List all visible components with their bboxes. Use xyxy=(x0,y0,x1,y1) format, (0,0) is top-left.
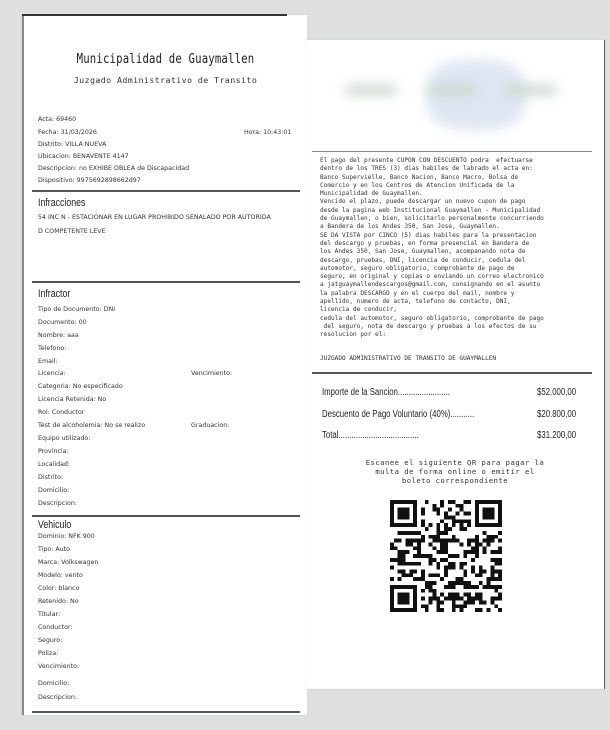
vehiculo-conductor: Conductor: xyxy=(38,624,73,631)
infractor-rol: Rol: Conductor xyxy=(38,409,84,416)
infractor-localidad: Localidad: xyxy=(38,461,70,468)
infractor-tipo-documento: Tipo de Documento: DNI xyxy=(38,306,115,313)
vehiculo-dominio: Dominio: NFK 900 xyxy=(38,533,95,540)
infraccion-line-1: 54 INC N - ESTACIONAR EN LUGAR PROHIBIDO… xyxy=(38,214,271,221)
vehiculo-seguro: Seguro: xyxy=(38,637,62,644)
vehiculo-marca: Marca: Volkswagen xyxy=(38,559,98,566)
amount-value: $31.200,00 xyxy=(537,430,576,441)
municipality-title: Municipalidad de Guaymallen xyxy=(49,52,281,67)
infractor-equipo: Equipo utilizado: xyxy=(38,435,90,442)
acta-hora: Hora: 10:43:01 xyxy=(244,129,291,136)
infractor-licencia-retenida: Licencia Retenida: No xyxy=(38,396,106,403)
amount-label: Total...................................… xyxy=(322,430,419,441)
receipt-cupon: El pago del presente CUPON CON DESCUENTO… xyxy=(306,40,605,689)
amount-value: $20.800,00 xyxy=(537,409,576,420)
infracciones-title: Infracciones xyxy=(38,197,85,209)
infractor-licencia: Licencia: xyxy=(38,370,66,377)
vehiculo-tipo: Tipo: Auto xyxy=(38,546,70,553)
divider xyxy=(32,515,300,517)
vehiculo-descripcion: Descripcion: xyxy=(38,694,77,701)
vehiculo-titular: Titular: xyxy=(38,611,60,618)
receipt-acta: Municipalidad de Guaymallen Juzgado Admi… xyxy=(22,15,307,715)
acta-descripcion: Descripcion: no EXHIBE OBLEA de Discapac… xyxy=(38,165,189,172)
divider xyxy=(312,372,592,374)
infractor-provincia: Provincia: xyxy=(38,448,69,455)
court-subtitle: Juzgado Administrativo de Transito xyxy=(24,75,307,85)
acta-number: Acta: 69460 xyxy=(38,116,76,123)
acta-distrito: Distrito: VILLA NUEVA xyxy=(38,141,106,148)
divider xyxy=(32,711,300,713)
infractor-categoria: Categoria: No especificado xyxy=(38,383,123,390)
amount-label: Importe de la Sancion...................… xyxy=(322,387,450,398)
vehiculo-poliza: Poliza: xyxy=(38,650,58,657)
payment-notice: El pago del presente CUPON CON DESCUENTO… xyxy=(320,157,596,340)
amount-value: $52.000,00 xyxy=(537,387,576,398)
vehiculo-modelo: Modelo: vento xyxy=(38,572,83,579)
vehiculo-title: Vehiculo xyxy=(38,519,71,531)
infractor-telefono: Telefono: xyxy=(38,345,66,352)
acta-fecha: Fecha: 31/03/2026 xyxy=(38,129,97,136)
vehiculo-vencimiento: Vencimiento: xyxy=(38,663,79,670)
infractor-email: Email: xyxy=(38,358,58,365)
torn-edge xyxy=(22,14,287,16)
qr-code-icon[interactable] xyxy=(390,500,502,612)
infraccion-line-2: D COMPETENTE LEVE xyxy=(38,228,106,235)
qr-instructions: Escanee el siguiente QR para pagar la mu… xyxy=(306,458,604,486)
blurred-logo xyxy=(346,60,576,140)
notice-signature: JUZGADO ADMINISTRATIVO DE TRANSITO DE GU… xyxy=(320,355,496,362)
acta-ubicacion: Ubicacion: BENAVENTE 4147 xyxy=(38,153,129,160)
infractor-vencimiento: Vencimiento: xyxy=(191,370,232,377)
infractor-documento: Documento: 00 xyxy=(38,319,87,326)
infractor-graduacion: Graduacion: xyxy=(191,422,229,429)
infractor-title: Infractor xyxy=(38,288,70,300)
divider xyxy=(312,151,592,152)
infractor-domicilio: Domicilio: xyxy=(38,487,69,494)
infractor-distrito: Distrito: xyxy=(38,474,63,481)
vehiculo-color: Color: blanco xyxy=(38,585,79,592)
vehiculo-domicilio: Domicilio: xyxy=(38,680,69,687)
vehiculo-retenido: Retenido: No xyxy=(38,598,79,605)
infractor-nombre: Nombre: aaa xyxy=(38,332,79,339)
acta-dispositivo: Dispositivo: 9975692898662d97 xyxy=(38,177,141,184)
infractor-descripcion: Descripcion: xyxy=(38,500,77,507)
divider xyxy=(32,281,300,283)
divider xyxy=(32,190,300,192)
amount-label: Descuento de Pago Voluntario (40%)......… xyxy=(322,409,474,420)
infractor-test-alcoholemia: Test de alcoholemia: No se realizo xyxy=(38,422,145,429)
